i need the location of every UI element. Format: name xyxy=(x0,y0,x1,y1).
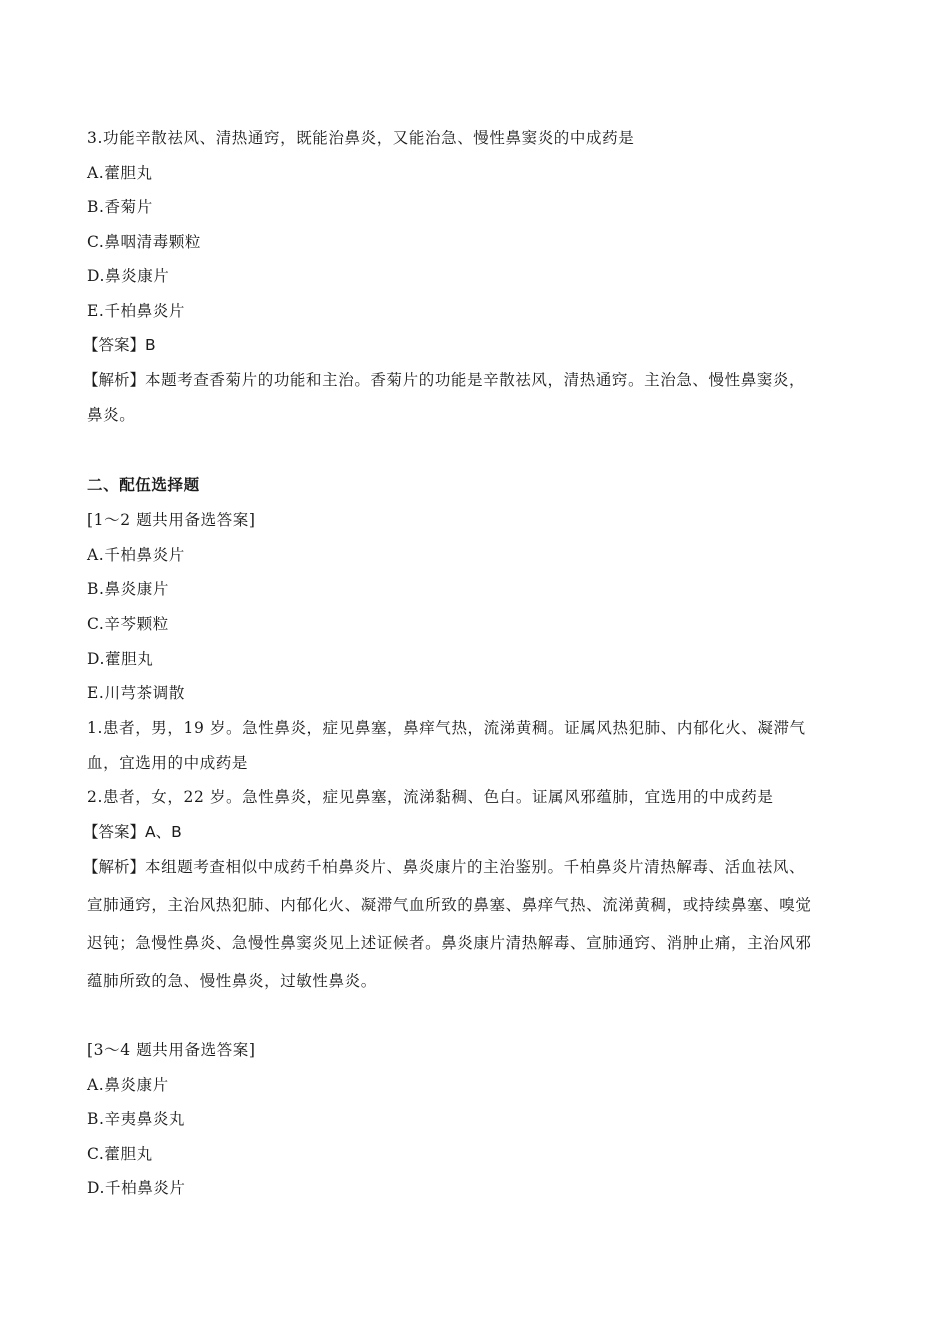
group-2-title: [3～4 题共用备选答案] xyxy=(87,1040,256,1060)
answer-value: B xyxy=(145,336,156,354)
group-1-option-a: A.千柏鼻炎片 xyxy=(87,545,185,565)
question-2: 2.患者，女，22 岁。急性鼻炎，症见鼻塞，流涕黏稠、色白。证属风邪蕴肺，宜选用… xyxy=(87,787,773,807)
analysis-label: 【解析】 xyxy=(83,858,145,876)
analysis-text: 本组题考查相似中成药千柏鼻炎片、鼻炎康片的主治鉴别。千柏鼻炎片清热解毒、活血祛风… xyxy=(145,858,805,876)
group-1-option-b: B.鼻炎康片 xyxy=(87,579,169,599)
group-1-analysis-line-1: 【解析】本组题考查相似中成药千柏鼻炎片、鼻炎康片的主治鉴别。千柏鼻炎片清热解毒、… xyxy=(83,857,805,877)
option-c: C.鼻咽清毒颗粒 xyxy=(87,232,201,252)
group-2-option-c: C.藿胆丸 xyxy=(87,1144,153,1164)
group-1-option-d: D.藿胆丸 xyxy=(87,649,153,669)
option-e: E.千柏鼻炎片 xyxy=(87,301,185,321)
group-2-option-d: D.千柏鼻炎片 xyxy=(87,1178,186,1198)
question-1-line-1: 1.患者，男，19 岁。急性鼻炎，症见鼻塞，鼻痒气热，流涕黄稠。证属风热犯肺、内… xyxy=(87,718,806,738)
option-a: A.藿胆丸 xyxy=(87,163,153,183)
analysis-label: 【解析】 xyxy=(83,371,145,389)
group-1-analysis-line-4: 蕴肺所致的急、慢性鼻炎，过敏性鼻炎。 xyxy=(87,971,377,991)
analysis-line-2: 鼻炎。 xyxy=(87,405,135,425)
option-b: B.香菊片 xyxy=(87,197,153,217)
analysis-text: 本题考查香菊片的功能和主治。香菊片的功能是辛散祛风，清热通窍。主治急、慢性鼻窦炎… xyxy=(145,371,805,389)
option-d: D.鼻炎康片 xyxy=(87,266,169,286)
group-1-option-e: E.川芎茶调散 xyxy=(87,683,185,703)
answer-label: 【答案】 xyxy=(83,336,145,354)
group-2-option-a: A.鼻炎康片 xyxy=(87,1075,169,1095)
section-heading: 二、配伍选择题 xyxy=(87,475,200,495)
group-1-answer-line: 【答案】A、B xyxy=(83,822,182,842)
question-3-stem: 3.功能辛散祛风、清热通窍，既能治鼻炎，又能治急、慢性鼻窦炎的中成药是 xyxy=(87,128,634,148)
question-1-line-2: 血，宜选用的中成药是 xyxy=(87,753,248,773)
answer-value: A、B xyxy=(145,823,182,841)
group-1-analysis-line-2: 宣肺通窍，主治风热犯肺、内郁化火、凝滞气血所致的鼻塞、鼻痒气热、流涕黄稠，或持续… xyxy=(87,895,812,915)
group-1-option-c: C.辛芩颗粒 xyxy=(87,614,169,634)
group-2-option-b: B.辛夷鼻炎丸 xyxy=(87,1109,185,1129)
answer-line: 【答案】B xyxy=(83,335,156,355)
group-1-analysis-line-3: 迟钝；急慢性鼻炎、急慢性鼻窦炎见上述证候者。鼻炎康片清热解毒、宣肺通窍、消肿止痛… xyxy=(87,933,812,953)
group-1-title: [1～2 题共用备选答案] xyxy=(87,510,256,530)
answer-label: 【答案】 xyxy=(83,823,145,841)
analysis-line-1: 【解析】本题考查香菊片的功能和主治。香菊片的功能是辛散祛风，清热通窍。主治急、慢… xyxy=(83,370,805,390)
